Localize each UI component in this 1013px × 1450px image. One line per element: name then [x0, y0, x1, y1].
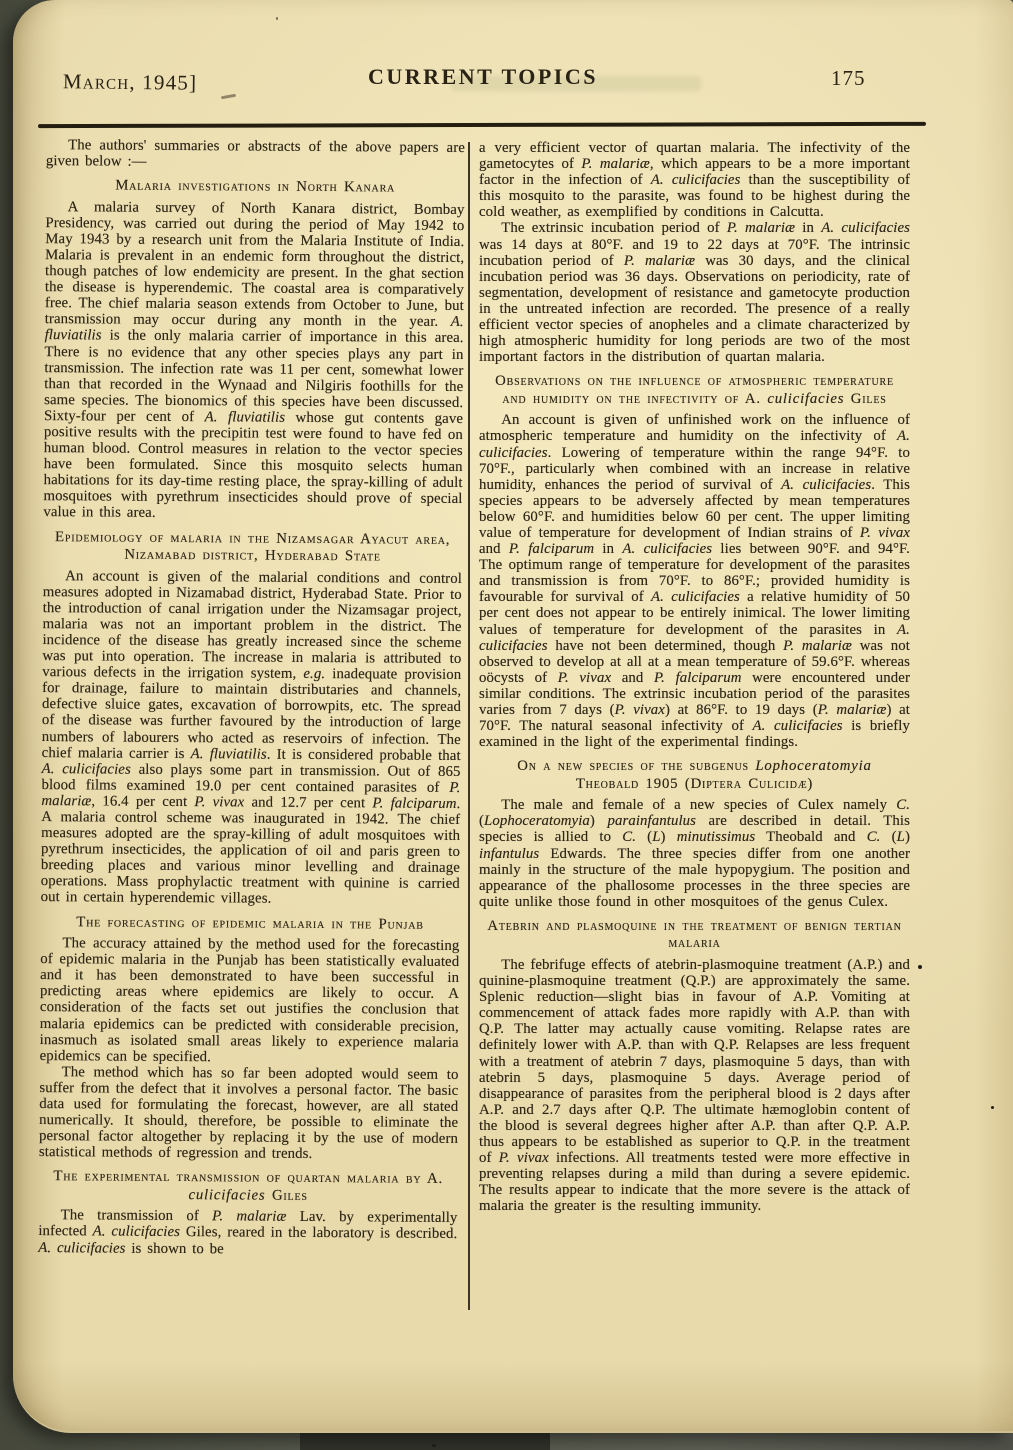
- section-heading-experimental-transmission: The experimental transmission of quartan…: [45, 1168, 452, 1206]
- ink-speck: [918, 965, 922, 969]
- section-heading-atebrin-plasmoquine: Atebrin and plasmoquine in the treatment…: [485, 918, 904, 953]
- continuation-paragraph: a very efficient vector of quartan malar…: [479, 140, 910, 220]
- section-paragraph: The febrifuge effects of atebrin-plasmoq…: [479, 957, 910, 1215]
- section-paragraph: An account is given of unfinished work o…: [479, 412, 910, 750]
- page-number: 175: [831, 66, 866, 91]
- section-heading-epidemiology-nizamsagar: Epidemiology of malaria in the Nizamsaga…: [49, 529, 456, 567]
- ink-speck: [991, 1106, 994, 1109]
- section-paragraph: The accuracy attained by the method used…: [40, 935, 460, 1067]
- header-rule: [38, 122, 926, 128]
- column-divider-rule: [468, 142, 470, 1310]
- ink-speck: [276, 17, 278, 20]
- left-column: The authors' summaries or abstracts of t…: [38, 137, 465, 1259]
- section-paragraph: The male and female of a new species of …: [479, 797, 910, 910]
- scanned-journal-scan: { "header": { "date": "March, 1945]", "t…: [0, 0, 1013, 1450]
- section-paragraph: The transmission of P. malariæ Lav. by e…: [38, 1207, 457, 1258]
- section-paragraph: A malaria survey of North Kanara distric…: [43, 199, 464, 524]
- issue-date: March, 1945]: [63, 69, 198, 95]
- ink-speck: [432, 1444, 436, 1447]
- section-heading-forecasting-punjab: The forecasting of epidemic malaria in t…: [46, 914, 453, 934]
- section-heading-atmospheric-influence: Observations on the influence of atmosph…: [485, 373, 904, 408]
- journal-title: CURRENT TOPICS: [323, 64, 643, 90]
- section-paragraph: An account is given of the malarial cond…: [41, 568, 462, 909]
- section-paragraph: The extrinsic incubation period of P. ma…: [479, 220, 910, 365]
- pencil-mark: [221, 94, 236, 100]
- intro-paragraph: The authors' summaries or abstracts of t…: [46, 137, 465, 172]
- section-paragraph: The method which has so far been adopted…: [39, 1064, 459, 1163]
- section-heading-malaria-investigations: Malaria investigations in North Kanara: [52, 177, 459, 197]
- scanned-page: March, 1945] CURRENT TOPICS 175 The auth…: [13, 0, 1013, 1433]
- right-column: a very efficient vector of quartan malar…: [479, 140, 910, 1214]
- section-heading-new-species: On a new species of the subgenus Lophoce…: [485, 758, 904, 793]
